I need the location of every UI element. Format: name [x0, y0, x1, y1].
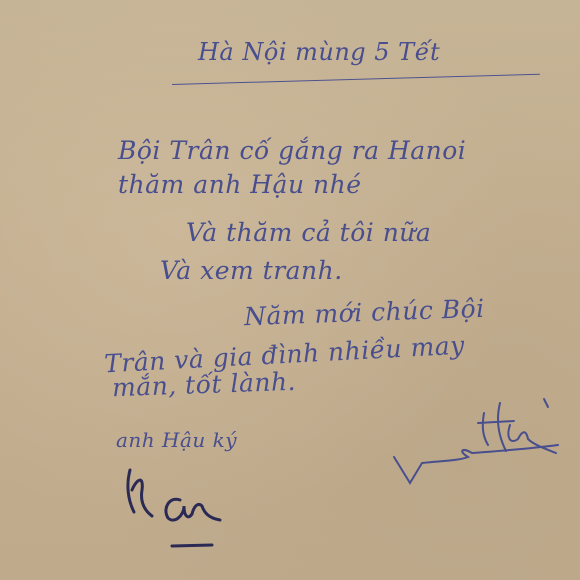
signature-hai: [388, 395, 568, 490]
signature-note: anh Hậu ký: [116, 428, 237, 452]
heading-underline: [172, 74, 540, 85]
body-line-4: Và xem tranh.: [160, 256, 343, 285]
handwritten-letter: Hà Nội mùng 5 Tết Bội Trân cố gắng ra Ha…: [0, 0, 580, 580]
body-line-1: Bội Trân cố gắng ra Hanoi: [118, 136, 466, 165]
body-line-7: mắn, tốt lành.: [112, 367, 297, 402]
body-line-3: Và thăm cả tôi nữa: [186, 218, 431, 247]
body-line-2: thăm anh Hậu nhé: [118, 170, 362, 199]
letter-heading: Hà Nội mùng 5 Tết: [198, 38, 440, 66]
body-line-5: Năm mới chúc Bội: [244, 294, 486, 331]
signature-hau: [122, 460, 242, 555]
